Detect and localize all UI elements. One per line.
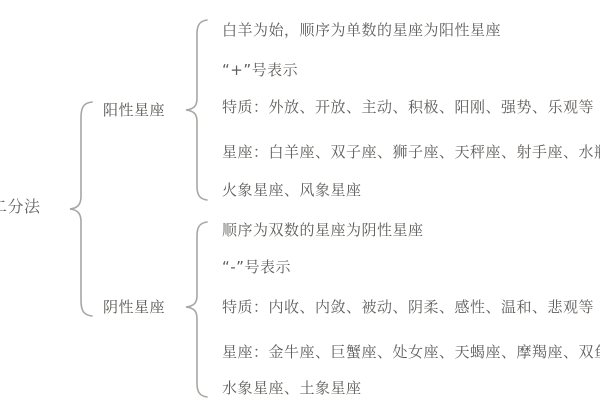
yang-item-constellations: 星座：白羊座、双子座、狮子座、天秤座、射手座、水瓶座	[222, 142, 600, 162]
root-brace	[66, 100, 96, 318]
yin-item-constellations: 星座：金牛座、巨蟹座、处女座、天蝎座、摩羯座、双鱼座	[222, 342, 600, 362]
yang-item-sign: “+”号表示	[222, 60, 298, 80]
mindmap-canvas: 二分法 阳性星座 白羊为始，顺序为单数的星座为阳性星座 “+”号表示 特质：外放…	[0, 0, 600, 400]
yin-item-elements: 水象星座、土象星座	[222, 378, 362, 398]
branch-brace-yin	[183, 220, 211, 400]
branch-label-yang: 阳性星座	[103, 100, 165, 120]
root-label: 二分法	[0, 197, 41, 217]
yin-item-traits: 特质：内收、内敛、被动、阴柔、感性、温和、悲观等	[222, 297, 594, 317]
branch-label-yin: 阴性星座	[103, 297, 165, 317]
yin-item-rule: 顺序为双数的星座为阴性星座	[222, 220, 424, 240]
yin-item-sign: “-”号表示	[222, 257, 291, 277]
yang-item-elements: 火象星座、风象星座	[222, 180, 362, 200]
yang-item-rule: 白羊为始，顺序为单数的星座为阳性星座	[222, 20, 501, 40]
yang-item-traits: 特质：外放、开放、主动、积极、阳刚、强势、乐观等	[222, 97, 594, 117]
branch-brace-yang	[183, 18, 211, 202]
